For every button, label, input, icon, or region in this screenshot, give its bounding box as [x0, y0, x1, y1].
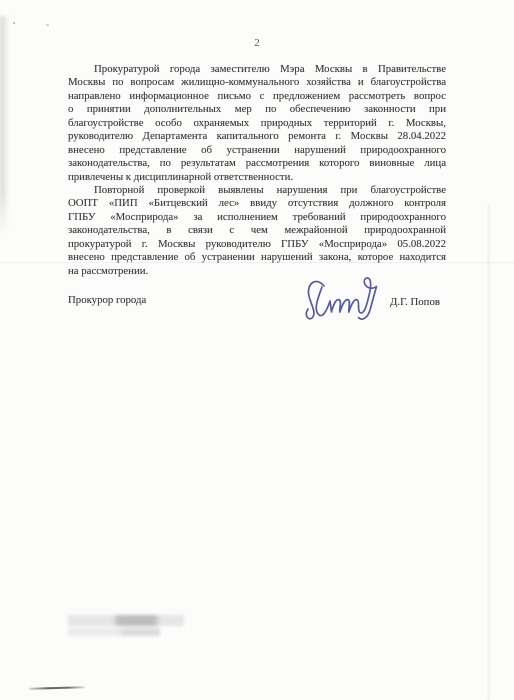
text-line: Москвы по вопросам жилищно-коммунального…	[68, 76, 446, 89]
scan-fold-artifact	[29, 686, 85, 689]
document-body: Прокуратурой города заместителю Мэра Мос…	[68, 63, 446, 278]
text-line: о принятии дополнительных мер по обеспеч…	[68, 103, 446, 116]
dust-speck	[13, 22, 15, 24]
page-number: 2	[0, 37, 514, 49]
signature-block: Прокурор города Д.Г. Попов	[68, 294, 446, 334]
text-line: прокуратурой г. Москвы руководителю ГПБУ…	[68, 238, 446, 251]
signer-name: Д.Г. Попов	[390, 296, 440, 308]
blurred-footer-note	[68, 615, 184, 641]
blurred-text-row	[68, 628, 160, 636]
text-line: ГПБУ «Мосприрода» за исполнением требова…	[68, 211, 446, 224]
text-line: Прокуратурой города заместителю Мэра Мос…	[68, 63, 446, 76]
handwritten-signature-icon	[302, 272, 398, 332]
text-line: благоустройстве особо охраняемых природн…	[68, 117, 446, 130]
text-line: внесено представление об устранении нару…	[68, 251, 446, 264]
paragraph: Повторной проверкой выявлены нарушения п…	[68, 184, 446, 278]
signature-path	[306, 278, 376, 319]
scanned-document-page: 2 Прокуратурой города заместителю Мэра М…	[0, 0, 514, 700]
text-line: внесено представление об устранении нару…	[68, 144, 446, 157]
text-line: Повторной проверкой выявлены нарушения п…	[68, 184, 446, 197]
text-line: законодательства, по результатам рассмот…	[68, 157, 446, 170]
blurred-text-row	[68, 615, 184, 626]
paragraph: Прокуратурой города заместителю Мэра Мос…	[68, 63, 446, 184]
text-line: руководителю Департамента капитального р…	[68, 130, 446, 143]
text-line: ООПТ «ПИП «Битцевский лес» ввиду отсутст…	[68, 197, 446, 210]
text-line: направлено информационное письмо с предл…	[68, 90, 446, 103]
dust-speck	[46, 24, 49, 26]
text-line: законодательства, в связи с чем межрайон…	[68, 224, 446, 237]
signer-title: Прокурор города	[68, 294, 146, 306]
text-line: привлечены к дисциплинарной ответственно…	[68, 171, 446, 184]
scan-edge-shadow	[0, 16, 9, 236]
page-crease	[488, 205, 490, 700]
